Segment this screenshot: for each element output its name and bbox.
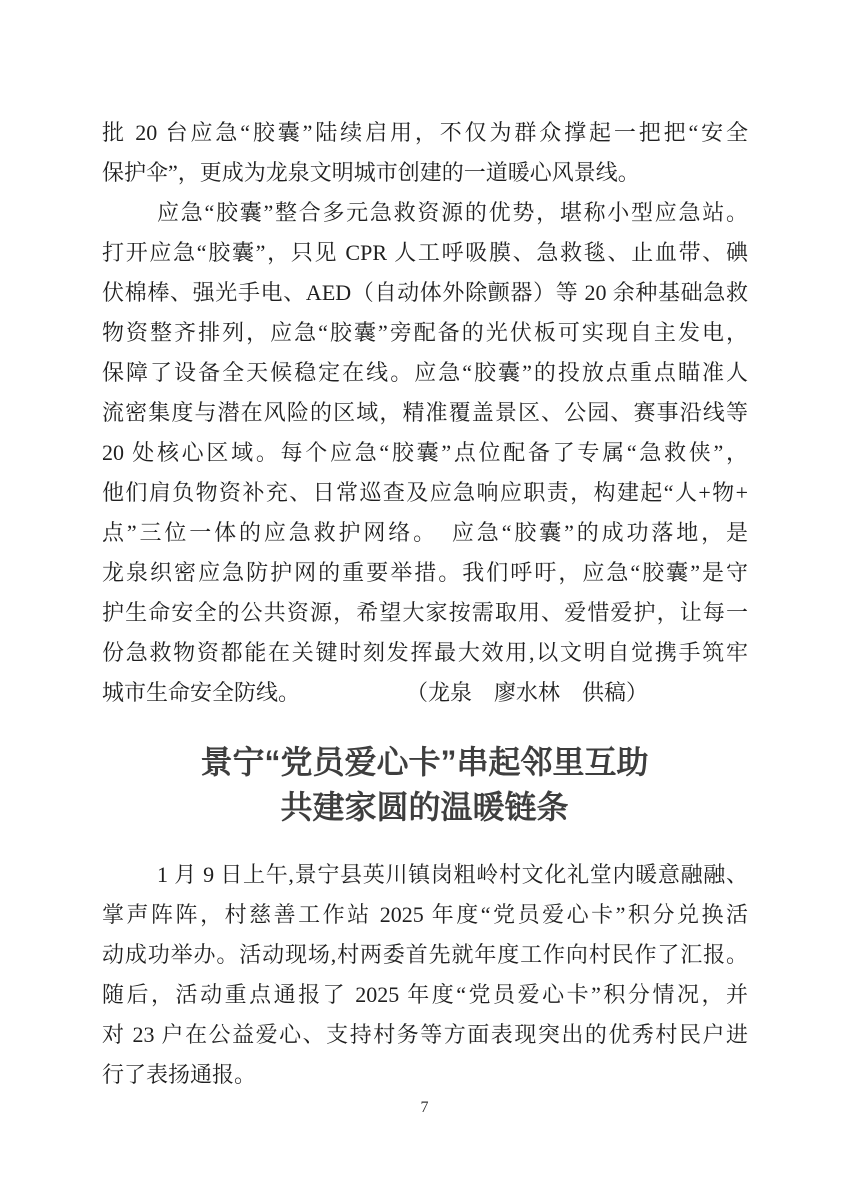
page-number: 7 — [0, 1097, 849, 1119]
body-line-closing: 城市生命安全防线。 （龙泉 廖水林 供稿） — [102, 673, 748, 713]
article-title-line-2: 共建家圆的温暖链条 — [0, 785, 849, 830]
body-line: 物资整齐排列，应急“胶囊”旁配备的光伏板可实现自主发电， — [102, 313, 748, 353]
body-line: 保护伞”，更成为龙泉文明城市创建的一道暖心风景线。 — [102, 153, 748, 193]
body-line: 流密集度与潜在风险的区域，精准覆盖景区、公园、赛事沿线等 — [102, 393, 748, 433]
body-line: 动成功举办。活动现场,村两委首先就年度工作向村民作了汇报。 — [102, 935, 748, 975]
body-line: 保障了设备全天候稳定在线。应急“胶囊”的投放点重点瞄准人 — [102, 353, 748, 393]
body-line: 打开应急“胶囊”，只见 CPR 人工呼吸膜、急救毯、止血带、碘 — [102, 233, 748, 273]
article-capsule-body: 批 20 台应急“胶囊”陆续启用，不仅为群众撑起一把把“安全 保护伞”，更成为龙… — [102, 113, 748, 713]
body-line: 护生命安全的公共资源，希望大家按需取用、爱惜爱护，让每一 — [102, 593, 748, 633]
document-page: 批 20 台应急“胶囊”陆续启用，不仅为群众撑起一把把“安全 保护伞”，更成为龙… — [0, 0, 849, 1200]
closing-text: 城市生命安全防线。 — [102, 673, 300, 713]
body-line: 20 处核心区域。每个应急“胶囊”点位配备了专属“急救侠”， — [102, 433, 748, 473]
body-line: 点”三位一体的应急救护网络。 应急“胶囊”的成功落地，是 — [102, 513, 748, 553]
body-line: 掌声阵阵，村慈善工作站 2025 年度“党员爱心卡”积分兑换活 — [102, 895, 748, 935]
body-line: 随后，活动重点通报了 2025 年度“党员爱心卡”积分情况，并 — [102, 975, 748, 1015]
byline: （龙泉 廖水林 供稿） — [406, 673, 648, 713]
body-line: 1 月 9 日上午,景宁县英川镇岗粗岭村文化礼堂内暖意融融、 — [102, 855, 748, 895]
body-line: 行了表扬通报。 — [102, 1055, 748, 1095]
body-line: 批 20 台应急“胶囊”陆续启用，不仅为群众撑起一把把“安全 — [102, 113, 748, 153]
article-title: 景宁“党员爱心卡”串起邻里互助 共建家圆的温暖链条 — [0, 740, 849, 830]
body-line: 应急“胶囊”整合多元急救资源的优势，堪称小型应急站。 — [102, 193, 748, 233]
body-line: 他们肩负物资补充、日常巡查及应急响应职责，构建起“人+物+ — [102, 473, 748, 513]
body-line: 龙泉织密应急防护网的重要举措。我们呼吁，应急“胶囊”是守 — [102, 553, 748, 593]
body-line: 伏棉棒、强光手电、AED（自动体外除颤器）等 20 余种基础急救 — [102, 273, 748, 313]
body-line: 对 23 户在公益爱心、支持村务等方面表现突出的优秀村民户进 — [102, 1015, 748, 1055]
article-love-card-body: 1 月 9 日上午,景宁县英川镇岗粗岭村文化礼堂内暖意融融、 掌声阵阵，村慈善工… — [102, 855, 748, 1095]
article-title-line-1: 景宁“党员爱心卡”串起邻里互助 — [0, 740, 849, 785]
body-line: 份急救物资都能在关键时刻发挥最大效用,以文明自觉携手筑牢 — [102, 633, 748, 673]
